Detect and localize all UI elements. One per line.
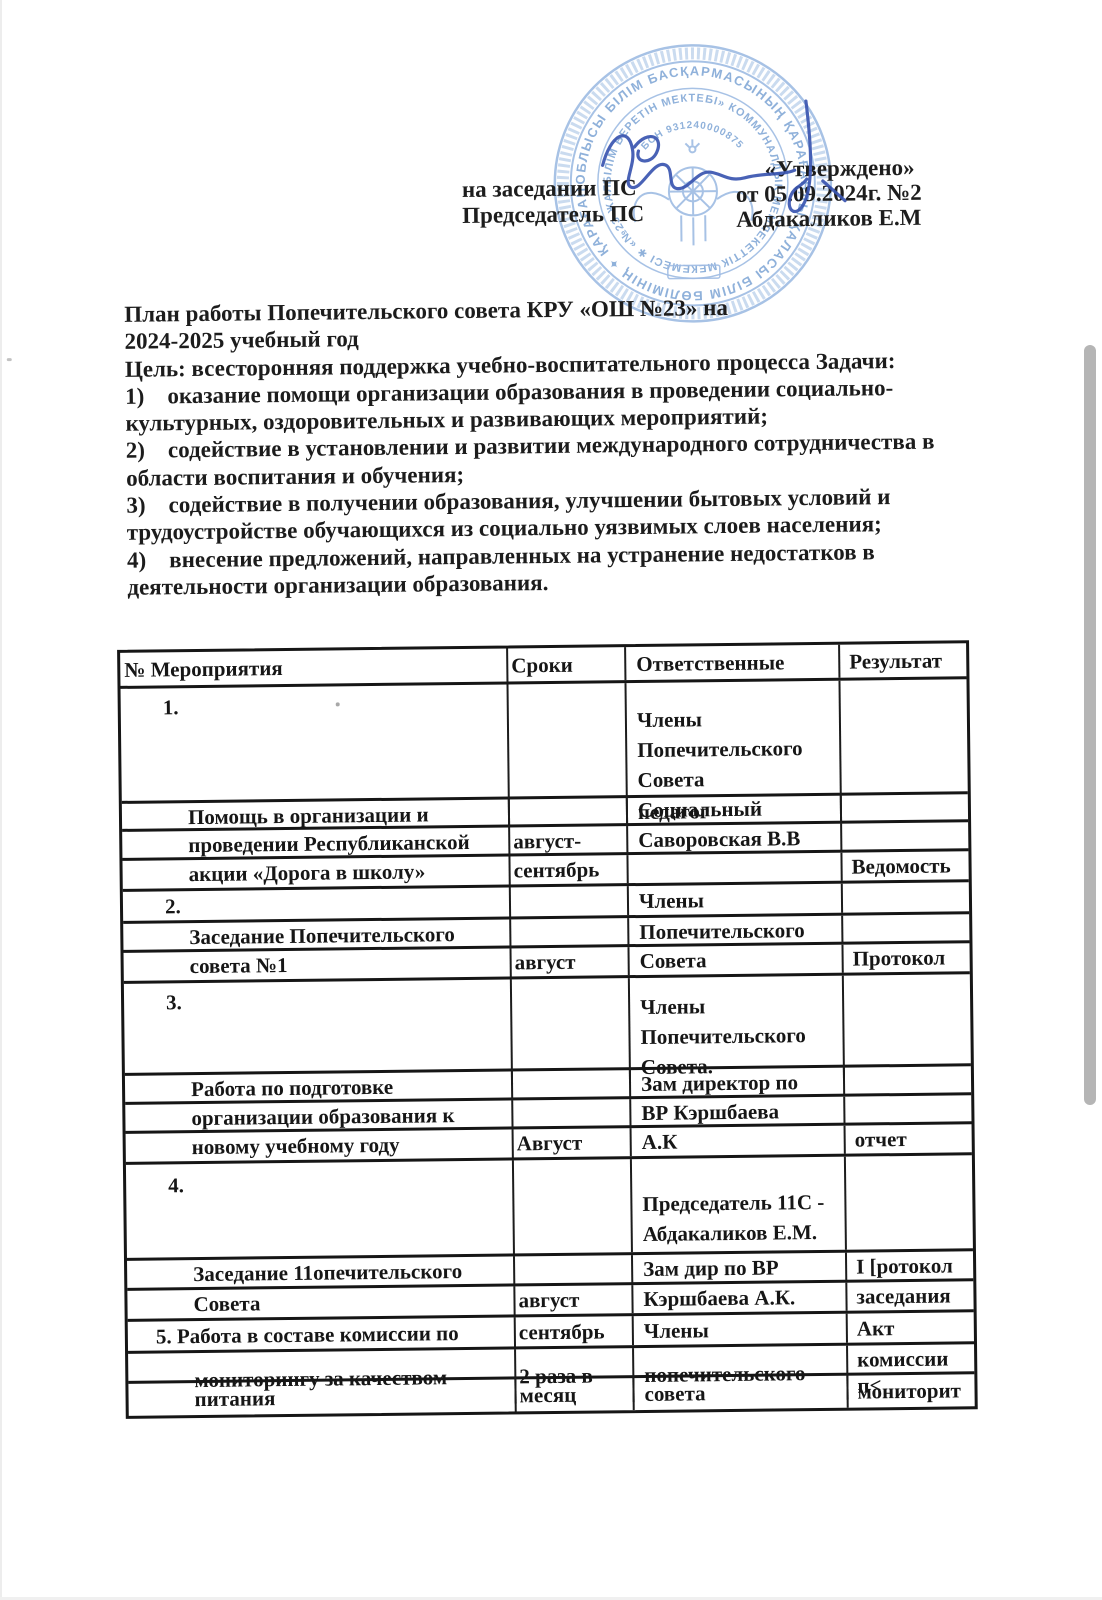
cell-activity: совета №1 [124,948,512,980]
cell-result [842,822,968,851]
header-result: Результат [840,643,966,677]
cell-activity: Заседание 11опечительского [127,1256,515,1288]
cell-result: мониторит [848,1374,974,1407]
cell-term [514,1159,633,1253]
scan-edge [0,0,2,1600]
header-terms: Сроки [508,647,626,681]
cell-term: август- [510,826,628,855]
cell-responsible: Кэршбаева А.К. [633,1283,847,1313]
cell-result [845,1066,971,1095]
cell-result [843,914,969,943]
cell-responsible: Саворовская В.В [628,824,842,854]
cell-result: Акт [848,1312,974,1342]
cell-result: Протокол [843,943,969,972]
cell-responsible: Попечительского [629,916,843,946]
cell-term [511,918,629,947]
header-responsible: Ответственные [626,645,840,680]
cell-term [511,886,629,916]
cell-responsible [628,853,842,883]
table-row: 4. Председатель 11С - Абдакаликов Е.М. [126,1155,973,1261]
cell-number: 2. [123,887,511,920]
cell-result [846,1155,973,1249]
document-viewer: ОБЛЫСЫ БІЛІМ БАСҚАРМАСЫНЫҢ ҚАРАҒАНДЫ ҚАЛ… [0,0,1102,1600]
cell-responsible: А.К [632,1126,846,1156]
cell-term [513,1070,631,1099]
table-row: 1. Члены Попечительского Совета Социальн… [121,679,968,804]
cell-activity: 5. Работа в составе комиссии по [128,1317,516,1350]
cell-term: сентябрь [516,1316,634,1346]
signature-icon [574,84,876,252]
cell-term [510,798,628,827]
cell-result: Ведомость [842,851,968,880]
cell-activity: проведении Республиканской [122,827,510,859]
cell-result: I [ротокол [847,1251,973,1280]
cell-term [512,978,631,1084]
scrollbar-thumb[interactable] [1084,345,1096,1105]
cell-activity: новому учебному году [126,1129,514,1161]
cell-responsible: педагог [628,796,842,826]
cell-responsible: Члены Попечительского Совета. [630,976,845,1083]
cell-result [845,1095,971,1124]
cell-term: Август [514,1128,632,1157]
cell-number: 4. [126,1160,515,1257]
cell-activity: Совета [127,1286,515,1318]
cell-activity: организации образования к [125,1100,513,1132]
cell-responsible: Члены [634,1314,848,1345]
scanned-page: ОБЛЫСЫ БІЛІМ БАСҚАРМАСЫНЫҢ ҚАРАҒАНДЫ ҚАЛ… [0,0,1102,1600]
cell-term: август [515,1285,633,1314]
table-row: 3. Члены Попечительского Совета. [124,974,971,1076]
cell-responsible: ВР Кэршбаева [631,1097,845,1127]
cell-responsible: Зам дир по ВР [633,1253,847,1283]
cell-term: месяц [516,1378,634,1411]
cell-activity: акции «Дорога в школу» [122,856,510,888]
cell-activity: Работа по подготовке [125,1071,513,1103]
cell-responsible: совета [634,1376,848,1410]
cell-result [843,882,969,912]
cell-term [513,1099,631,1128]
header-activities: № Мероприятия [120,648,508,685]
cell-result [844,974,971,1080]
cell-result: отчет [846,1124,972,1153]
cell-responsible: Совета [629,945,843,975]
cell-activity: Помощь в организации и [122,799,510,831]
scan-speck [7,358,12,361]
cell-responsible: Председатель 11С - Абдакаликов Е.М. [632,1157,847,1252]
cell-result: заседания [847,1281,973,1310]
cell-term: август [511,947,629,976]
plan-table: № Мероприятия Сроки Ответственные Резуль… [117,640,978,1419]
document-text-block: План работы Попечительского совета КРУ «… [124,292,947,602]
cell-term [515,1255,633,1284]
cell-term: сентябрь [510,855,628,884]
cell-activity: Заседание Попечительского [123,919,511,951]
cell-responsible: Зам директор по [631,1068,845,1098]
cell-responsible: Члены [629,884,843,915]
cell-result [842,794,968,823]
cell-activity: питания [128,1379,516,1415]
